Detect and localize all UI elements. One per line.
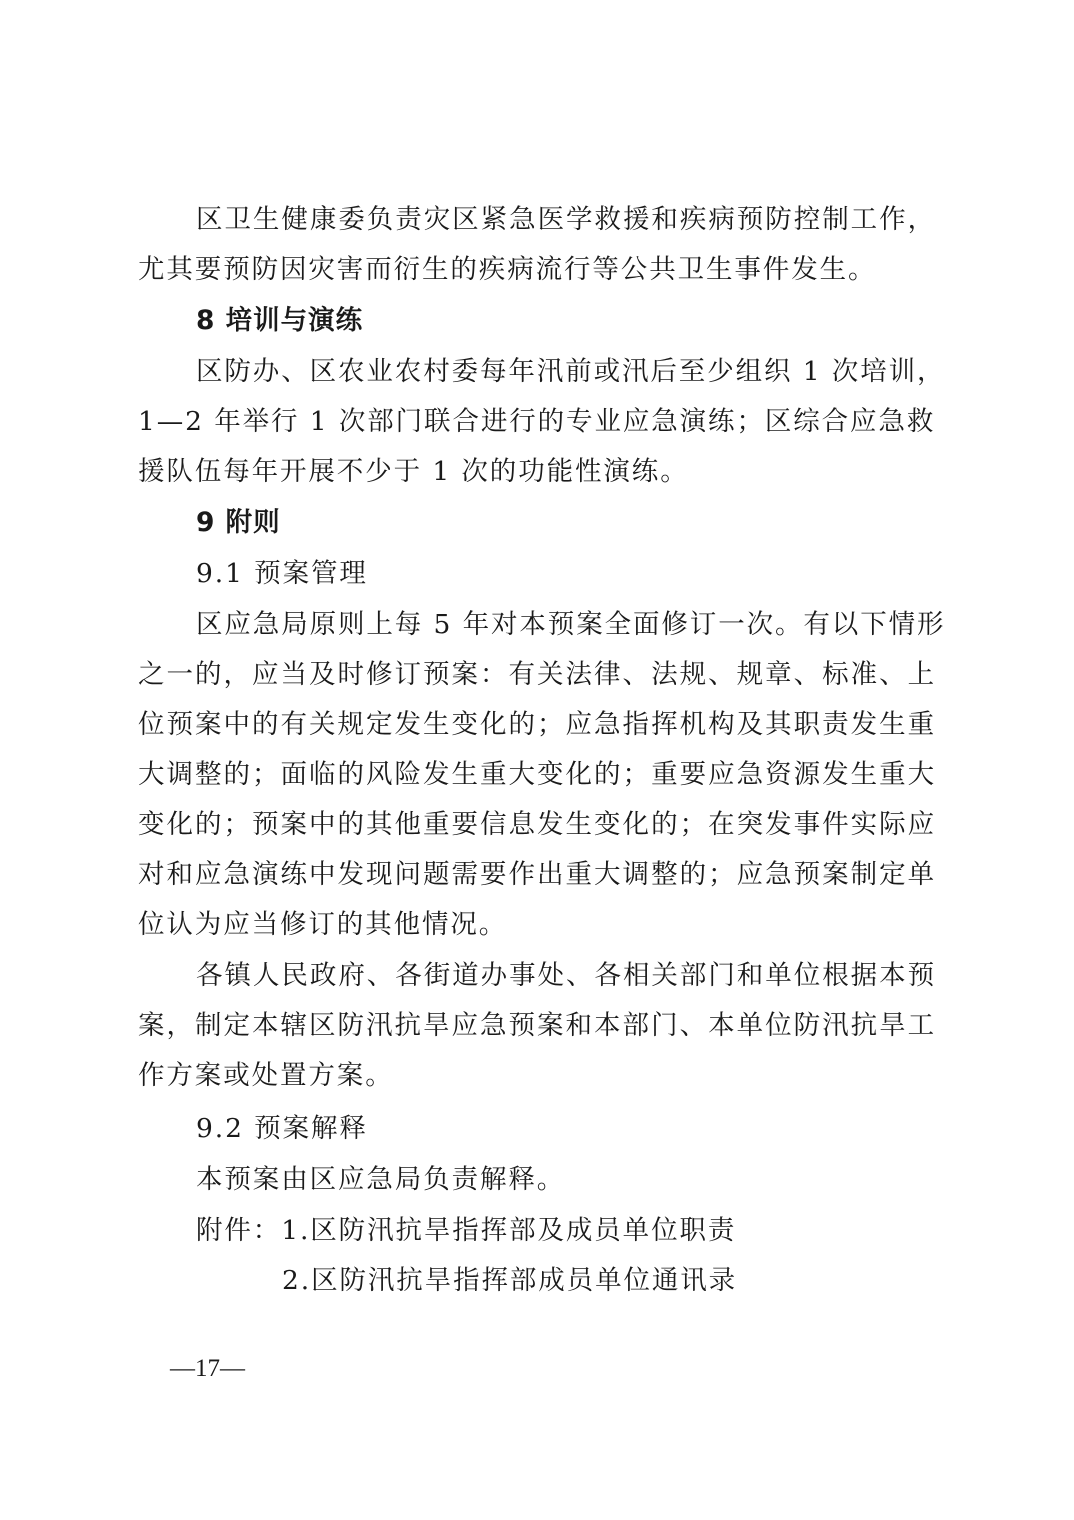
page-number: —17— <box>170 1354 245 1384</box>
paragraph-towns-line-2: 案，制定本辖区防汛抗旱应急预案和本部门、本单位防汛抗旱工 <box>138 1009 936 1043</box>
section-9-2-heading: 9.2 预案解释 <box>196 1112 996 1146</box>
section-8-heading: 8 培训与演练 <box>196 304 996 338</box>
paragraph-training-line-3: 援队伍每年开展不少于 1 次的功能性演练。 <box>138 455 938 489</box>
attachment-1: 附件：1.区防汛抗旱指挥部及成员单位职责 <box>196 1214 996 1248</box>
paragraph-management-line-6: 对和应急演练中发现问题需要作出重大调整的；应急预案制定单 <box>138 858 936 892</box>
paragraph-interpretation: 本预案由区应急局负责解释。 <box>196 1163 996 1197</box>
section-9-1-heading: 9.1 预案管理 <box>196 557 996 591</box>
paragraph-management-line-3: 位预案中的有关规定发生变化的；应急指挥机构及其职责发生重 <box>138 708 936 742</box>
paragraph-management-line-2: 之一的，应当及时修订预案：有关法律、法规、规章、标准、上 <box>138 658 936 692</box>
paragraph-management-line-7: 位认为应当修订的其他情况。 <box>138 908 938 942</box>
paragraph-training-line-1: 区防办、区农业农村委每年汛前或汛后至少组织 1 次培训， <box>196 355 936 389</box>
paragraph-management-line-1: 区应急局原则上每 5 年对本预案全面修订一次。有以下情形 <box>196 608 936 642</box>
paragraph-towns-line-3: 作方案或处置方案。 <box>138 1059 938 1093</box>
paragraph-management-line-4: 大调整的；面临的风险发生重大变化的；重要应急资源发生重大 <box>138 758 936 792</box>
attachment-2: 2.区防汛抗旱指挥部成员单位通讯录 <box>282 1264 1074 1298</box>
document-page: 区卫生健康委负责灾区紧急医学救援和疾病预防控制工作， 尤其要预防因灾害而衍生的疾… <box>0 0 1074 1520</box>
paragraph-towns-line-1: 各镇人民政府、各街道办事处、各相关部门和单位根据本预 <box>196 959 936 993</box>
paragraph-health-line-2: 尤其要预防因灾害而衍生的疾病流行等公共卫生事件发生。 <box>138 253 878 287</box>
paragraph-management-line-5: 变化的；预案中的其他重要信息发生变化的；在突发事件实际应 <box>138 808 936 842</box>
paragraph-health-line-1: 区卫生健康委负责灾区紧急医学救援和疾病预防控制工作， <box>196 203 936 237</box>
section-9-heading: 9 附则 <box>196 506 996 540</box>
paragraph-training-line-2: 1—2 年举行 1 次部门联合进行的专业应急演练；区综合应急救 <box>138 405 928 439</box>
